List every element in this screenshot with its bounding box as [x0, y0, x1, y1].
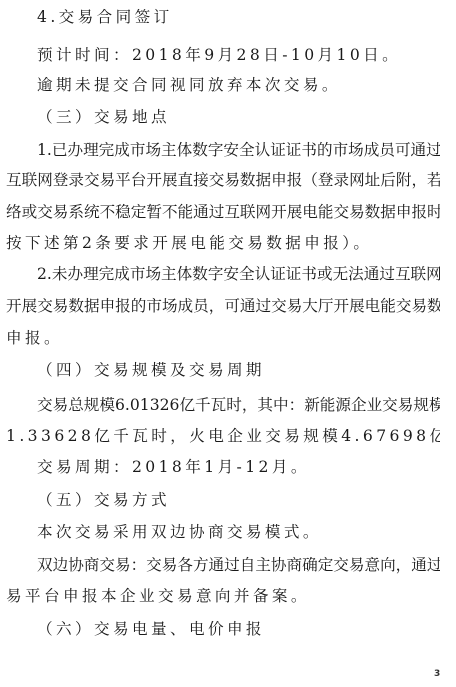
paragraph-overdue-notice: 逾期未提交合同视同放弃本次交易。	[37, 75, 456, 95]
section-heading-trading-location: （三）交易地点	[37, 107, 456, 127]
paragraph-item-1-line-1: 1.已办理完成市场主体数字安全认证证书的市场成员可通过	[37, 140, 440, 160]
paragraph-item-1-line-4: 按下述第2条要求开展电能交易数据申报）。	[6, 233, 440, 253]
paragraph-bilateral-line-1: 双边协商交易：交易各方通过自主协商确定交易意向，通过交	[37, 555, 440, 575]
section-heading-trading-scale-period: （四）交易规模及交易周期	[37, 360, 456, 380]
paragraph-trading-scale-line-2: 1.33628亿千瓦时，火电企业交易规模4.67698亿千瓦时。	[6, 426, 440, 446]
paragraph-trading-period: 交易周期：2018年1月-12月。	[37, 457, 456, 477]
paragraph-item-2-line-2: 开展交易数据申报的市场成员，可通过交易大厅开展电能交易数据	[6, 296, 440, 316]
subsection-heading-contract-signing: 4.交易合同签订	[37, 7, 456, 27]
paragraph-item-2-line-1: 2.未办理完成市场主体数字安全认证证书或无法通过互联网	[37, 264, 440, 284]
paragraph-scheduled-time: 预计时间：2018年9月28日-10月10日。	[37, 45, 456, 65]
page-number: 3	[434, 669, 440, 679]
section-heading-volume-price-declaration: （六）交易电量、电价申报	[37, 619, 456, 639]
paragraph-item-2-line-3: 申报。	[6, 328, 440, 348]
section-heading-trading-method: （五）交易方式	[37, 490, 456, 510]
paragraph-item-1-line-3: 络或交易系统不稳定暂不能通过互联网开展电能交易数据申报时，	[6, 202, 440, 222]
paragraph-trading-scale-line-1: 交易总规模6.01326亿千瓦时，其中：新能源企业交易规模	[37, 395, 440, 415]
paragraph-trading-mode: 本次交易采用双边协商交易模式。	[37, 522, 456, 542]
paragraph-bilateral-line-2: 易平台申报本企业交易意向并备案。	[6, 586, 440, 606]
paragraph-item-1-line-2: 互联网登录交易平台开展直接交易数据申报（登录网址后附，若网	[6, 170, 440, 190]
